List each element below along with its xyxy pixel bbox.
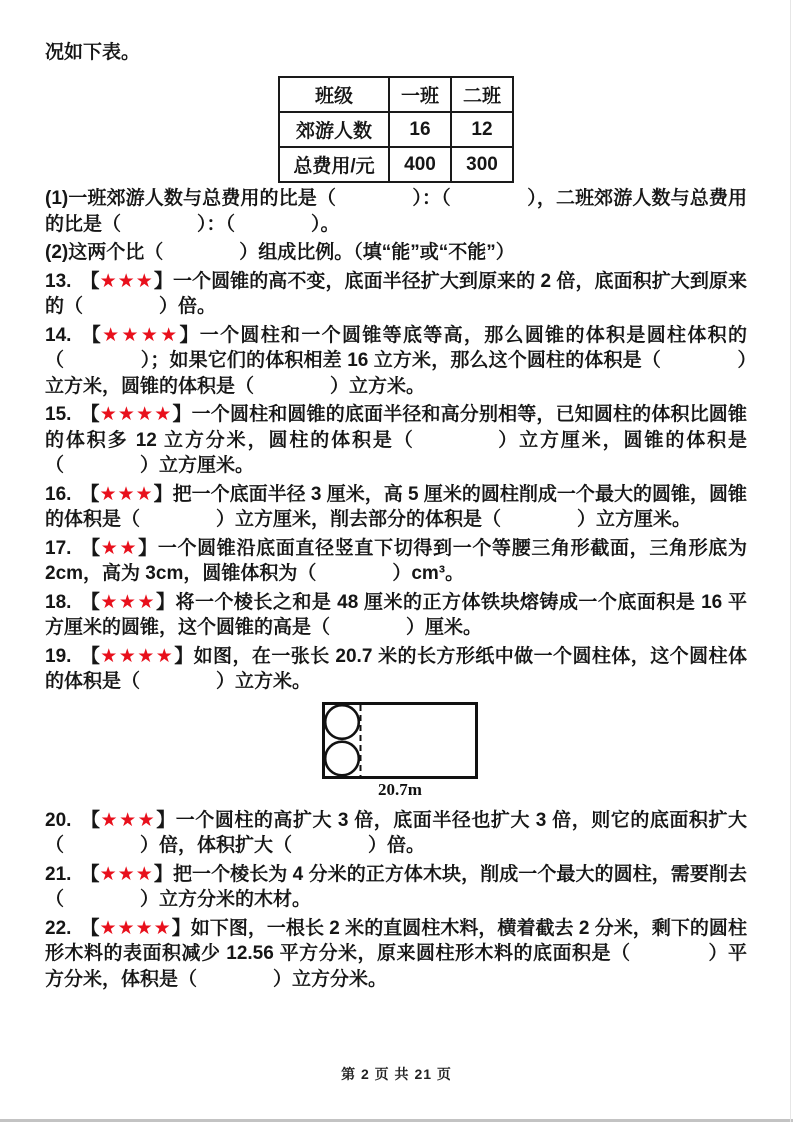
star-rating: ★★★★: [100, 646, 174, 667]
question-number: 22.: [45, 918, 71, 939]
class-info-table-wrap: 班级一班二班郊游人数1612总费用/元400300: [45, 76, 747, 183]
table-cell: 16: [389, 112, 451, 147]
class-info-table: 班级一班二班郊游人数1612总费用/元400300: [278, 76, 514, 183]
star-rating: ★★★: [101, 810, 157, 831]
star-bracket-close: 】: [172, 918, 191, 939]
star-bracket-close: 】: [154, 484, 173, 505]
star-rating: ★★★: [100, 592, 156, 613]
question-number: 13.: [45, 271, 71, 292]
question-item: 17.【★★】一个圆锥沿底面直径竖直下切得到一个等腰三角形截面，三角形底为 2c…: [45, 536, 747, 587]
star-bracket-close: 】: [156, 810, 176, 831]
question-number: 20.: [45, 810, 71, 831]
question-item: 13.【★★★】一个圆锥的高不变，底面半径扩大到原来的 2 倍，底面积扩大到原来…: [45, 269, 747, 320]
page-number: 第 2 页 共 21 页: [0, 1064, 793, 1084]
star-bracket-close: 】: [172, 404, 191, 425]
question-item: 16.【★★★】把一个底面半径 3 厘米，高 5 厘米的圆柱削成一个最大的圆锥，…: [45, 482, 747, 533]
star-rating: ★★★: [100, 864, 154, 885]
star-bracket-close: 】: [138, 538, 158, 559]
table-row: 班级一班二班: [279, 77, 513, 112]
sub-question-text: (2)这两个比（ ）组成比例。（填“能”或“不能”）: [45, 242, 515, 263]
star-bracket-open: 【: [80, 918, 99, 939]
table-cell: 二班: [451, 77, 513, 112]
question-number: 16.: [45, 484, 71, 505]
star-bracket-open: 【: [80, 271, 99, 292]
star-bracket-open: 【: [80, 592, 100, 613]
sub-question-item: (2)这两个比（ ）组成比例。（填“能”或“不能”）: [45, 240, 747, 266]
table-row-header: 总费用/元: [279, 147, 389, 182]
question-item: 14.【★★★★】一个圆柱和一个圆锥等底等高，那么圆锥的体积是圆柱体积的（ ）；…: [45, 323, 747, 400]
star-bracket-close: 】: [179, 325, 199, 346]
cylinder-net-diagram: [322, 702, 478, 779]
table-cell: 400: [389, 147, 451, 182]
star-bracket-open: 【: [80, 646, 100, 667]
star-bracket-close: 】: [174, 646, 193, 667]
scan-edge-right: [790, 0, 791, 1122]
star-rating: ★★★: [99, 484, 153, 505]
table-row-header: 郊游人数: [279, 112, 389, 147]
star-rating: ★★★★: [102, 325, 179, 346]
worksheet-page: 况如下表。 班级一班二班郊游人数1612总费用/元400300 (1)一班郊游人…: [0, 0, 793, 1122]
question-number: 21.: [45, 864, 71, 885]
bottom-circle: [325, 741, 359, 775]
table-row: 总费用/元400300: [279, 147, 513, 182]
star-rating: ★★★★: [99, 918, 171, 939]
star-bracket-close: 】: [154, 864, 173, 885]
star-bracket-open: 【: [80, 404, 99, 425]
star-bracket-open: 【: [80, 810, 100, 831]
cylinder-net-figure: 20.7m: [322, 702, 478, 800]
star-bracket-open: 【: [80, 325, 102, 346]
table-cell: 一班: [389, 77, 451, 112]
question-item: 20.【★★★】一个圆柱的高扩大 3 倍，底面半径也扩大 3 倍，则它的底面积扩…: [45, 808, 747, 859]
sub-question-text: (1)一班郊游人数与总费用的比是（ ）：（ ），二班郊游人数与总费用的比是（ ）…: [45, 188, 747, 235]
question-item: 21.【★★★】把一个棱长为 4 分米的正方体木块，削成一个最大的圆柱，需要削去…: [45, 862, 747, 913]
star-bracket-open: 【: [80, 484, 99, 505]
table-cell: 12: [451, 112, 513, 147]
questions-13-19: 13.【★★★】一个圆锥的高不变，底面半径扩大到原来的 2 倍，底面积扩大到原来…: [45, 269, 747, 695]
question-number: 14.: [45, 325, 71, 346]
sub-question-item: (1)一班郊游人数与总费用的比是（ ）：（ ），二班郊游人数与总费用的比是（ ）…: [45, 186, 747, 237]
question-item: 15.【★★★★】一个圆柱和圆锥的底面半径和高分别相等，已知圆柱的体积比圆锥的体…: [45, 402, 747, 479]
star-bracket-open: 【: [80, 864, 99, 885]
intro-text: 况如下表。: [45, 40, 747, 66]
table-row-header: 班级: [279, 77, 389, 112]
star-bracket-close: 】: [154, 271, 173, 292]
top-circle: [325, 705, 359, 739]
questions-20-22: 20.【★★★】一个圆柱的高扩大 3 倍，底面半径也扩大 3 倍，则它的底面积扩…: [45, 808, 747, 993]
question-number: 15.: [45, 404, 71, 425]
star-bracket-open: 【: [80, 538, 100, 559]
table-row: 郊游人数1612: [279, 112, 513, 147]
star-rating: ★★: [101, 538, 138, 559]
star-rating: ★★★★: [100, 404, 173, 425]
question-item: 18.【★★★】将一个棱长之和是 48 厘米的正方体铁块熔铸成一个底面积是 16…: [45, 590, 747, 641]
star-bracket-close: 】: [156, 592, 176, 613]
question-item: 22.【★★★★】如下图，一根长 2 米的直圆柱木料，横着截去 2 分米，剩下的…: [45, 916, 747, 993]
sub-questions: (1)一班郊游人数与总费用的比是（ ）：（ ），二班郊游人数与总费用的比是（ ）…: [45, 186, 747, 266]
rectangle-outline: [324, 703, 477, 777]
figure-length-label: 20.7m: [322, 780, 478, 800]
question-item: 19.【★★★★】如图，在一张长 20.7 米的长方形纸中做一个圆柱体，这个圆柱…: [45, 644, 747, 695]
question-number: 17.: [45, 538, 71, 559]
question-number: 18.: [45, 592, 71, 613]
star-rating: ★★★: [100, 271, 154, 292]
question-number: 19.: [45, 646, 71, 667]
class-info-table-body: 班级一班二班郊游人数1612总费用/元400300: [279, 77, 513, 182]
table-cell: 300: [451, 147, 513, 182]
